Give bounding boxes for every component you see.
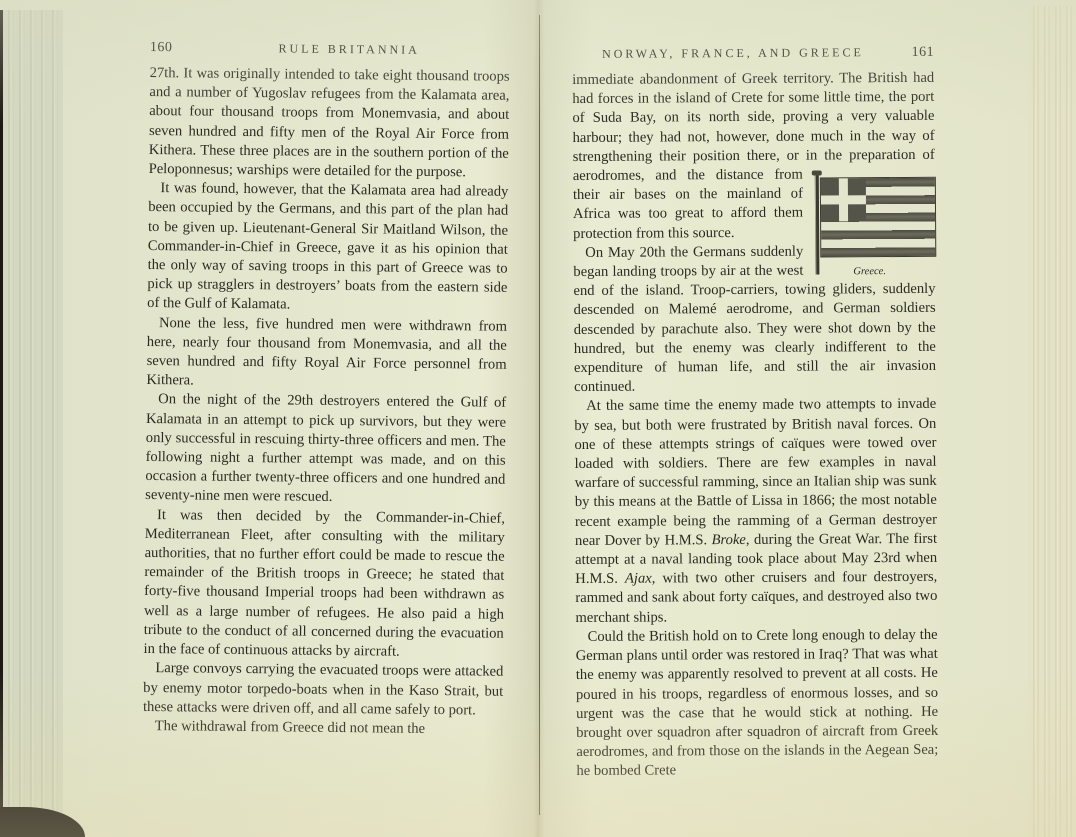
paragraph-text: At the same time the enemy made two atte… <box>574 396 937 549</box>
paragraph: It was found, however, that the Kalamata… <box>147 179 508 317</box>
figure-caption: Greece. <box>853 262 886 281</box>
running-head-title: NORWAY, FRANCE, AND GREECE <box>602 43 864 64</box>
flagpole-finial <box>812 170 822 175</box>
right-page: NORWAY, FRANCE, AND GREECE 161 immediate… <box>572 43 938 782</box>
paragraph: 27th. It was originally intended to take… <box>149 64 510 183</box>
paragraph: None the less, five hundred men were wit… <box>146 314 507 395</box>
ship-name: Ajax <box>625 571 652 587</box>
page-number: 161 <box>911 43 934 62</box>
left-page-edges <box>0 10 63 837</box>
paragraph: Could the British hold on to Crete long … <box>576 626 939 782</box>
book-gutter <box>539 15 540 815</box>
left-running-head: 160 RULE BRITANNIA <box>150 38 510 62</box>
page-number: 160 <box>150 38 173 57</box>
ship-name: Broke <box>712 532 746 548</box>
flag-canton-cross <box>821 178 866 221</box>
shadow-corner <box>0 807 85 837</box>
left-page: 160 RULE BRITANNIA 27th. It was original… <box>143 38 510 740</box>
greek-flag-icon <box>820 177 936 258</box>
paragraph: The withdrawal from Greece did not mean … <box>143 717 503 740</box>
paragraph: At the same time the enemy made two atte… <box>574 395 937 628</box>
running-head-title: RULE BRITANNIA <box>278 39 420 60</box>
paragraph: Large convoys carrying the evacuated tro… <box>143 659 504 720</box>
flagpole <box>815 175 820 275</box>
right-running-head: NORWAY, FRANCE, AND GREECE 161 <box>572 43 934 65</box>
paragraph: immediate abandonment of Greek territory… <box>572 69 935 244</box>
right-page-edges <box>1028 6 1076 837</box>
open-book-spread: 160 RULE BRITANNIA 27th. It was original… <box>0 0 1076 837</box>
paragraph: On the night of the 29th destroyers ente… <box>145 390 506 509</box>
paragraph: It was then decided by the Commander-in-… <box>143 506 505 663</box>
greece-flag-figure: Greece. <box>813 168 936 275</box>
